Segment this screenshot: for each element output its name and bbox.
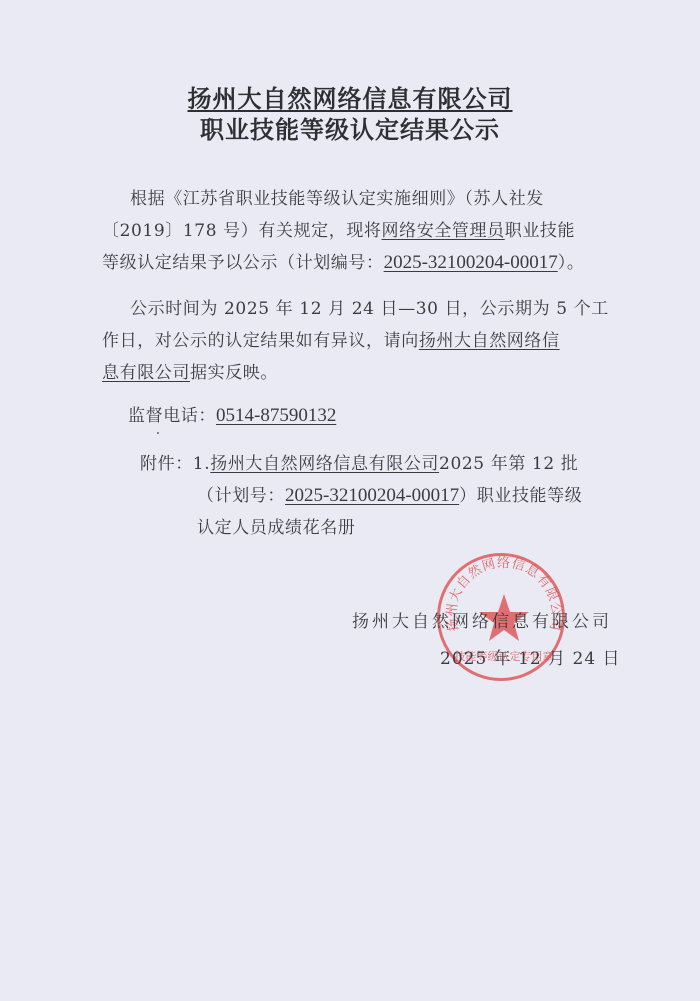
phone-number: 0514-87590132 — [216, 405, 336, 426]
document-page: 扬州大自然网络信息有限公司 职业技能等级认定结果公示 根据《江苏省职业技能等级认… — [0, 0, 700, 1001]
para2-line3: 息有限公司据实反映。 — [102, 358, 278, 383]
signature-date: 2025 年 12 月 24 日 — [440, 644, 621, 669]
attachment-line3: 认定人员成绩花名册 — [197, 513, 355, 538]
para1-line2: 〔2019〕178 号）有关规定，现将网络安全管理员职业技能 — [102, 216, 575, 241]
signature-company: 扬州大自然网络信息有限公司 — [352, 607, 612, 632]
para2-line2: 作日，对公示的认定结果如有异议，请向扬州大自然网络信 — [102, 326, 560, 351]
title-company: 扬州大自然网络信息有限公司 — [0, 79, 700, 114]
para1-line1: 根据《江苏省职业技能等级认定实施细则》（苏人社发 — [130, 184, 544, 209]
attachment-line2: （计划号：2025-32100204-00017）职业技能等级 — [197, 481, 582, 507]
stray-dot — [157, 432, 159, 434]
attachment-line1: 附件：1.扬州大自然网络信息有限公司2025 年第 12 批 — [140, 449, 578, 474]
plan-number: 2025-32100204-00017 — [384, 252, 558, 273]
title-heading: 职业技能等级认定结果公示 — [0, 110, 700, 145]
para1-line3: 等级认定结果予以公示（计划编号：2025-32100204-00017）。 — [102, 248, 584, 274]
occupation-name: 网络安全管理员 — [382, 221, 505, 241]
supervision-phone: 监督电话：0514-87590132 — [128, 401, 336, 427]
para2-line1: 公示时间为 2025 年 12 月 24 日—30 日，公示期为 5 个工 — [130, 294, 609, 319]
